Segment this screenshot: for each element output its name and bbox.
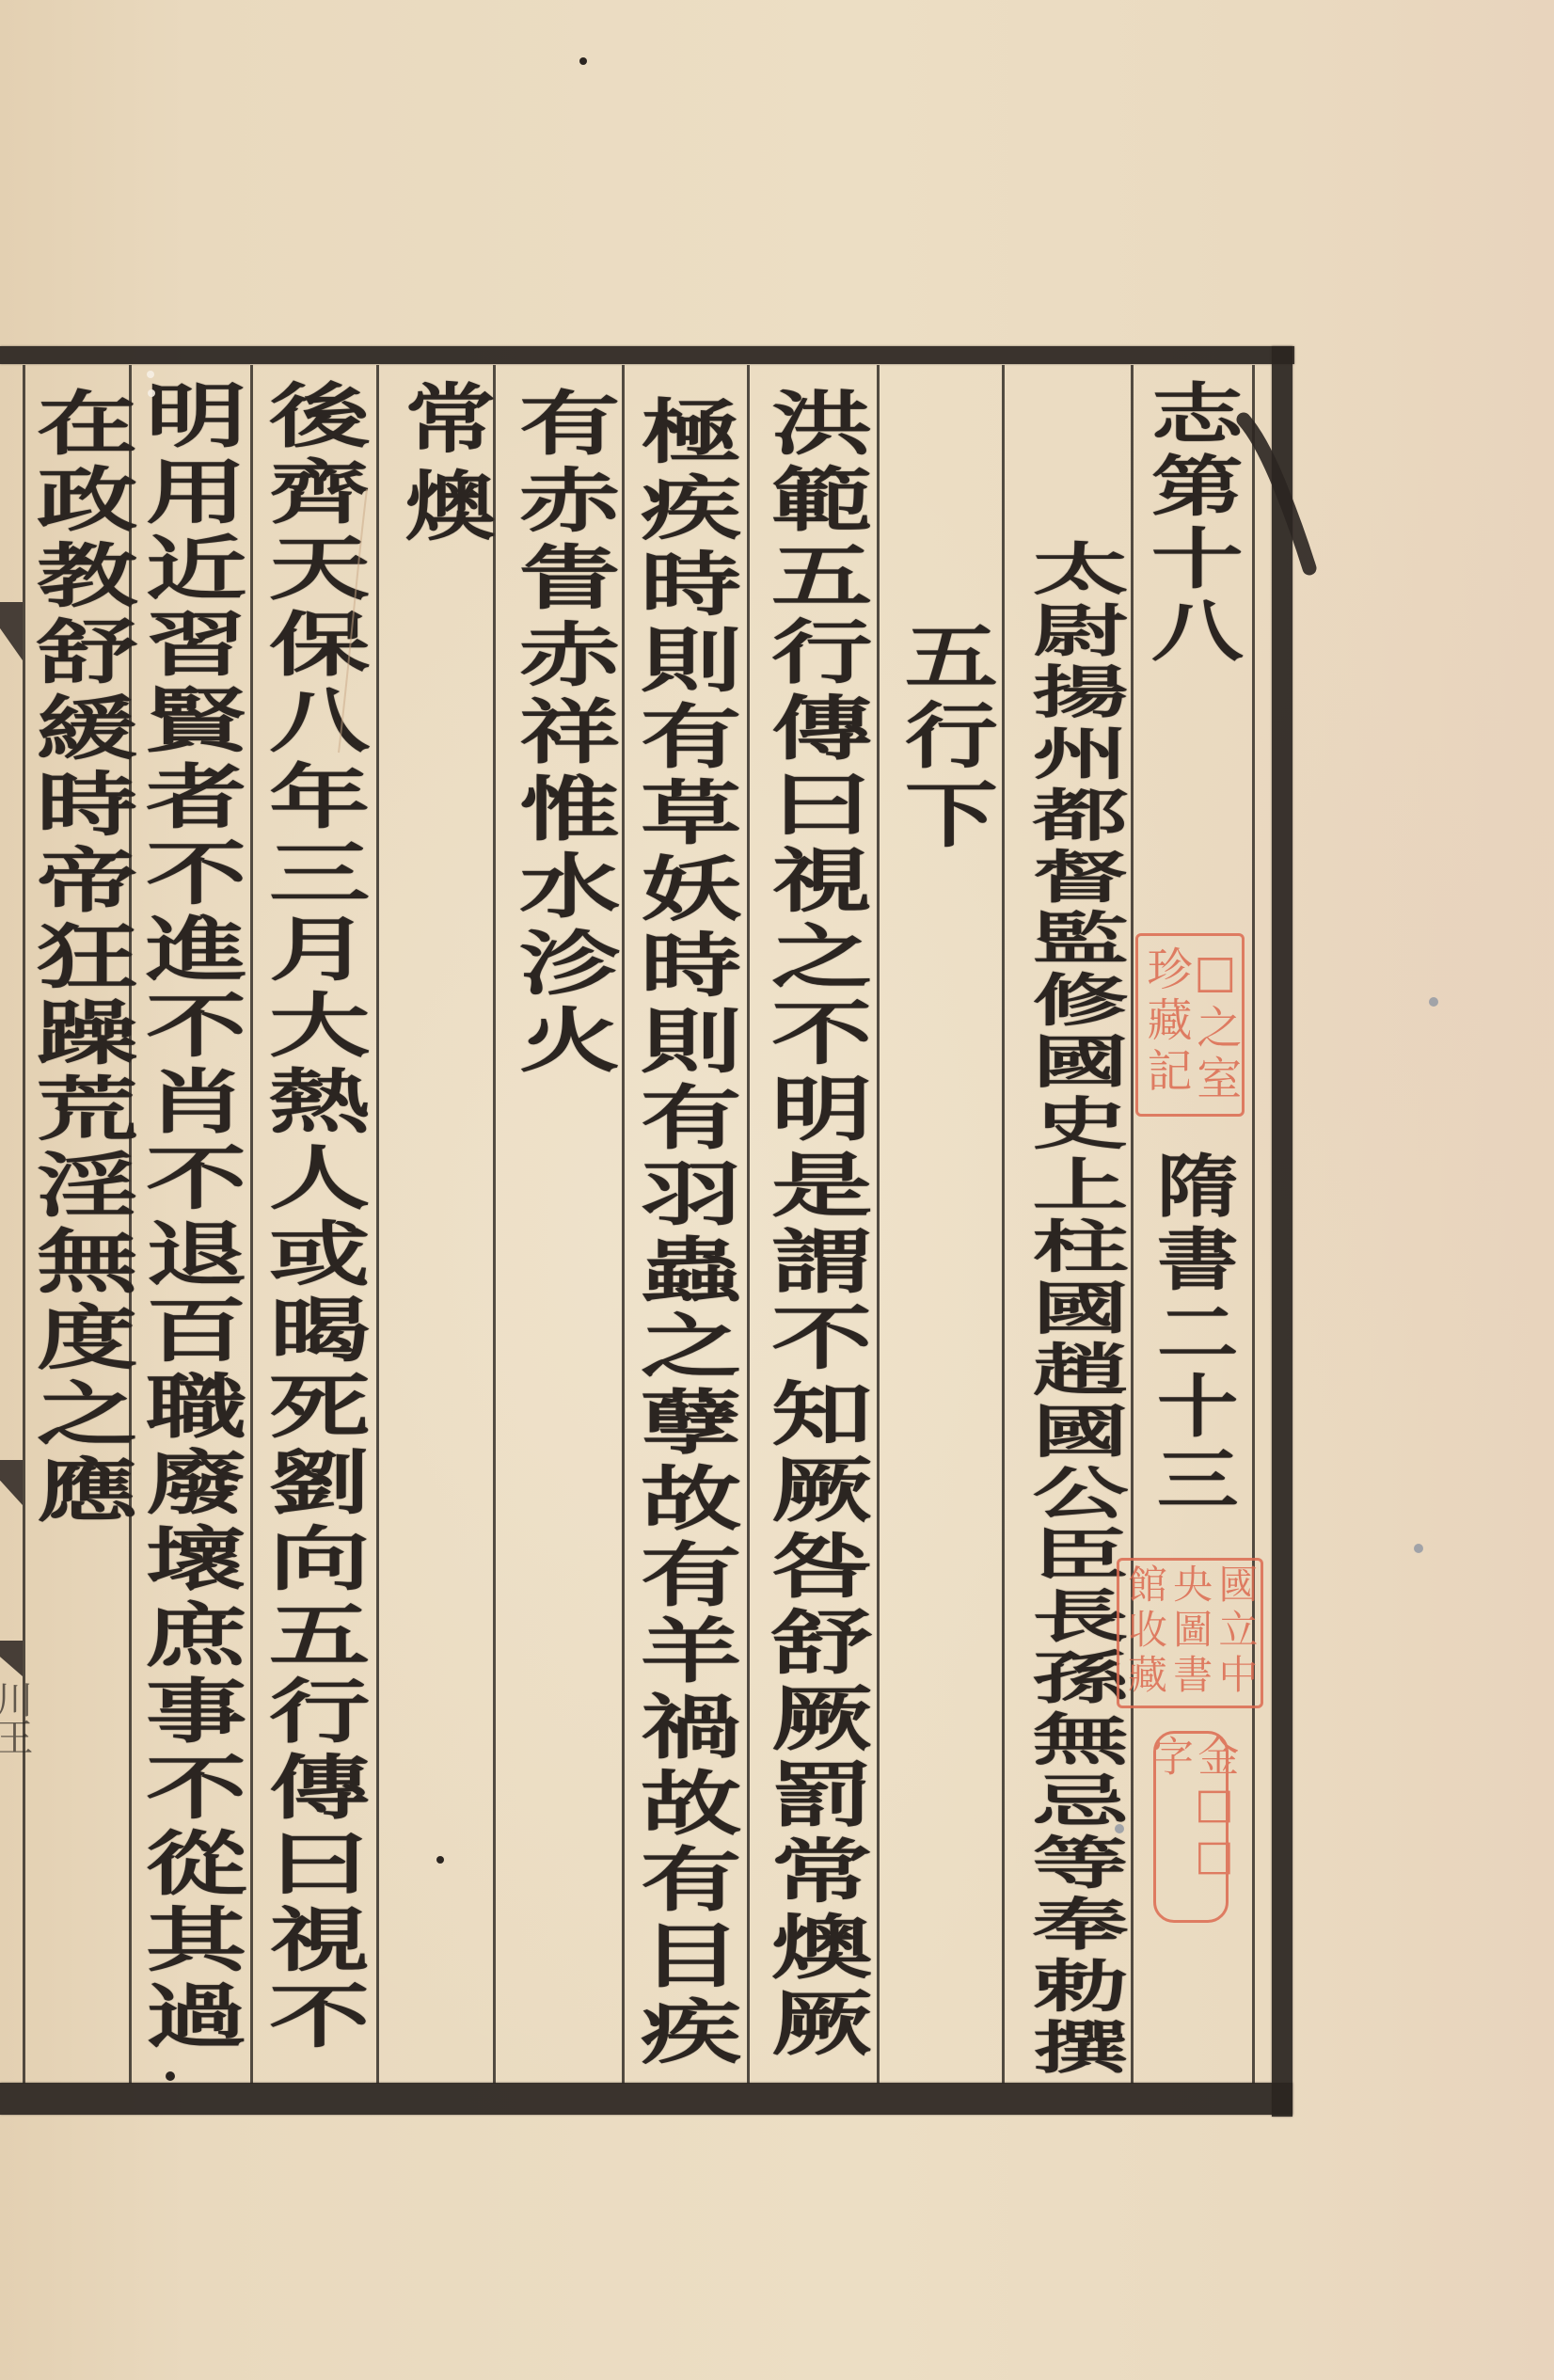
text-column: 在政教舒緩時帝狂躁荒淫無度之應 — [28, 387, 129, 1530]
text-column: 後齊天保八年三月大熱人或暍死劉向五行傳曰視不 — [261, 379, 361, 2055]
fishtail-mark — [0, 1641, 23, 1676]
text-column: 有赤眚赤祥惟水沴火 — [511, 387, 611, 1081]
frame-right-border — [1272, 346, 1292, 2117]
paper-speck — [1429, 997, 1438, 1007]
column-rule — [493, 365, 496, 2084]
fishtail-mark — [0, 1460, 23, 1505]
text-column: 明用近習賢者不進不肖不退百職廢壞庶事不從其過 — [137, 379, 238, 2055]
column-rule — [376, 365, 379, 2084]
paper-speck — [147, 371, 154, 378]
section-heading: 五行下 — [897, 619, 991, 856]
text-column: 洪範五行傳曰視之不明是謂不知厥咎舒厥罰常燠厥 — [763, 387, 864, 2063]
frame-bottom-border — [0, 2083, 1292, 2115]
compiler-attribution: 太尉揚州都督監修國史上柱國趙國公臣長孫無忌等奉勅撰 — [1024, 539, 1120, 2080]
column-rule — [1002, 365, 1005, 2084]
column-rule — [877, 365, 880, 2084]
fishtail-mark — [0, 602, 23, 660]
text-column: 極疾時則有草妖時則有羽蟲之孽故有羊禍故有目疾 — [632, 395, 733, 2071]
book-volume-title: 隋書二十三 — [1150, 1150, 1231, 1517]
frame-top-border — [0, 346, 1294, 364]
collector-seal: □之室珍藏記 — [1135, 933, 1245, 1117]
seal-text: 金□□字 — [1146, 1735, 1237, 1919]
book-page-scan: 志第十八 隋書二十三 太尉揚州都督監修國史上柱國趙國公臣長孫無忌等奉勅撰 五行下… — [0, 0, 1554, 2380]
seal-text: □之室珍藏記 — [1140, 945, 1240, 1105]
ink-speck — [166, 2071, 175, 2081]
column-rule — [1252, 365, 1255, 2084]
paper-speck — [1414, 1544, 1423, 1553]
ink-speck — [579, 57, 587, 65]
column-rule — [1131, 365, 1134, 2084]
seal-text: 國立中央圖書館收藏 — [1122, 1563, 1259, 1703]
column-rule — [747, 365, 750, 2084]
margin-carver-name: 川王 — [0, 1680, 30, 1755]
library-seal: 國立中央圖書館收藏 — [1117, 1558, 1263, 1708]
chapter-label: 志第十八 — [1144, 379, 1236, 669]
collector-seal: 金□□字 — [1153, 1731, 1229, 1923]
entry-subheading: 常燠 — [398, 379, 488, 554]
ink-speck — [436, 1856, 444, 1864]
